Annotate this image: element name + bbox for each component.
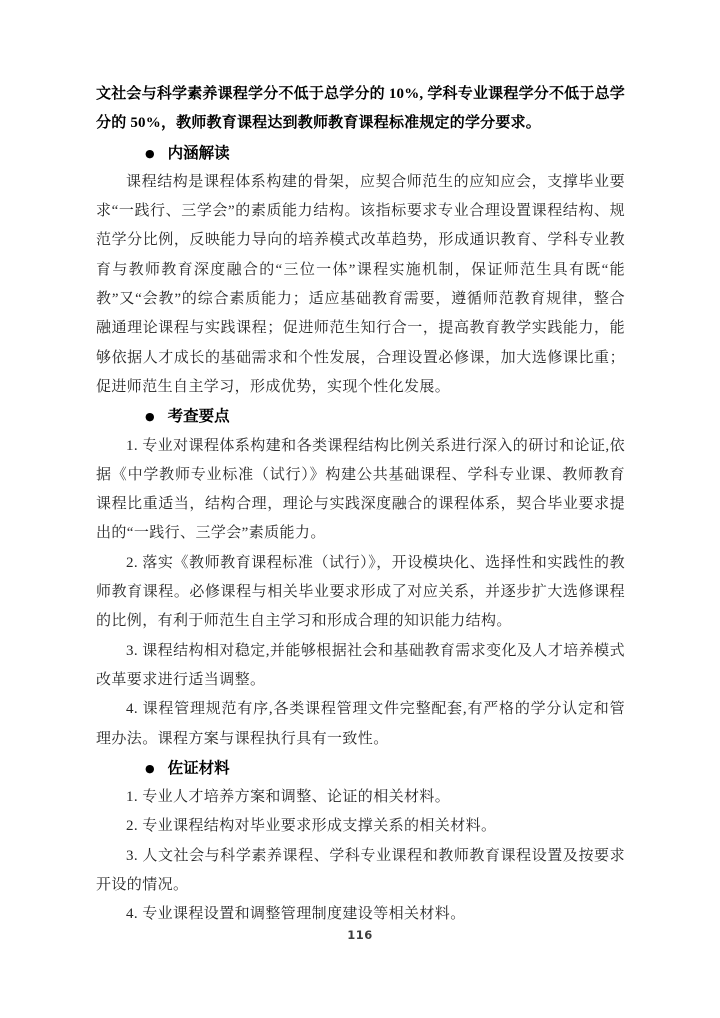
section-heading-key-points: ●考查要点 [96,402,625,431]
body-paragraph: 3. 人文社会与科学素养课程、学科专业课程和教师教育课程设置及按要求开设的情况。 [96,842,625,901]
section-heading-evidence: ●佐证材料 [96,754,625,783]
intro-paragraph: 文社会与科学素养课程学分不低于总学分的 10%, 学科专业课程学分不低于总学分的… [96,80,625,139]
body-paragraph: 3. 课程结构相对稳定,并能够根据社会和基础教育需求变化及人才培养模式改革要求进… [96,637,625,696]
body-paragraph: 2. 落实《教师教育课程标准（试行）》，开设模块化、选择性和实践性的教师教育课程… [96,549,625,637]
body-paragraph: 4. 课程管理规范有序,各类课程管理文件完整配套,有严格的学分认定和管理办法。课… [96,695,625,754]
bullet-icon: ● [145,402,155,431]
section-heading-label: 内涵解读 [168,145,230,162]
page-content: 文社会与科学素养课程学分不低于总学分的 10%, 学科专业课程学分不低于总学分的… [96,80,625,930]
section-heading-label: 考查要点 [168,408,230,425]
body-paragraph: 4. 专业课程设置和调整管理制度建设等相关材料。 [96,900,625,929]
body-paragraph: 1. 专业对课程体系构建和各类课程结构比例关系进行深入的研讨和论证,依据《中学教… [96,432,625,549]
section-heading-connotation: ●内涵解读 [96,139,625,168]
document-page: 文社会与科学素养课程学分不低于总学分的 10%, 学科专业课程学分不低于总学分的… [0,0,720,1018]
page-number: 116 [0,928,720,942]
bullet-icon: ● [145,754,155,783]
body-paragraph: 课程结构是课程体系构建的骨架，应契合师范生的应知应会，支撑毕业要求“一践行、三学… [96,168,625,402]
body-paragraph: 1. 专业人才培养方案和调整、论证的相关材料。 [96,783,625,812]
body-paragraph: 2. 专业课程结构对毕业要求形成支撑关系的相关材料。 [96,812,625,841]
bullet-icon: ● [145,139,155,168]
section-heading-label: 佐证材料 [168,760,230,777]
